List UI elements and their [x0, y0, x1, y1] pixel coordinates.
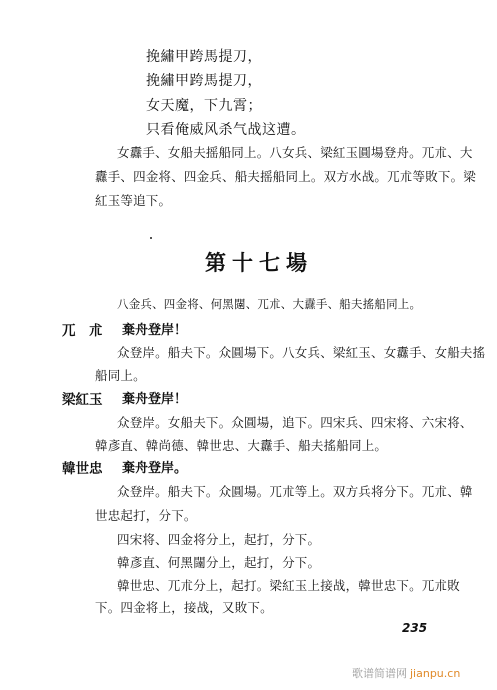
verse-line: 挽繡甲跨馬提刀， [146, 70, 262, 90]
scan-speck [150, 237, 152, 239]
stage-direction: 八金兵、四金将、何黑闥、兀朮、大纛手、船夫搖船同上。 [117, 296, 421, 312]
book-page: 挽繡甲跨馬提刀， 挽繡甲跨馬提刀， 女天魔，下九霄； 只看俺威风杀气战这遭。 女… [0, 0, 497, 690]
stage-direction-line: 韓彥直、韓尚德、韓世忠、大纛手、船夫搖船同上。 [95, 436, 387, 454]
scene-title: 第十七場 [205, 247, 313, 277]
verse-line: 只看俺威风杀气战这遭。 [146, 119, 306, 139]
stage-direction-line: 紅玉等追下。 [95, 191, 171, 209]
stage-direction-line: 世忠起打，分下。 [95, 506, 197, 524]
role-line: 棄舟登岸。 [122, 457, 187, 476]
stage-direction-line: 众登岸。女船夫下。众圓場，追下。四宋兵、四宋将、六宋将、 [117, 413, 473, 431]
watermark: 歌谱简谱网jianpu.cn [352, 665, 460, 681]
stage-direction-line: 韓彥直、何黑闥分上，起打，分下。 [117, 553, 320, 571]
watermark-domain: jianpu.cn [410, 667, 460, 680]
page-number: 235 [402, 621, 427, 635]
stage-direction-line: 众登岸。船夫下。众圓場下。八女兵、梁紅玉、女纛手、女船夫搖 [117, 343, 485, 361]
stage-direction-line: 韓世忠、兀朮分上，起打。梁紅玉上接战，韓世忠下。兀朮敗 [117, 576, 460, 594]
role-line: 棄舟登岸！ [122, 388, 187, 407]
watermark-text: 歌谱简谱网 [352, 667, 407, 680]
stage-direction-line: 众登岸。船夫下。众圓場。兀朮等上。双方兵将分下。兀朮、韓 [117, 482, 473, 500]
role-name: 韓世忠 [62, 457, 103, 477]
verse-line: 女天魔，下九霄； [146, 95, 262, 115]
stage-direction-line: 下。四金将上，接战，又敗下。 [95, 598, 273, 616]
stage-direction-line: 四宋将、四金将分上，起打，分下。 [117, 530, 320, 548]
role-line: 棄舟登岸！ [122, 319, 187, 338]
stage-direction-line: 女纛手、女船夫摇船同上。八女兵、梁紅玉圓場登舟。兀朮、大 [117, 143, 473, 161]
stage-direction-line: 船同上。 [95, 366, 146, 384]
stage-direction-line: 纛手、四金将、四金兵、船夫摇船同上。双方水战。兀朮等敗下。梁 [95, 167, 476, 185]
verse-line: 挽繡甲跨馬提刀， [146, 46, 262, 66]
role-name: 兀 朮 [62, 319, 103, 339]
role-name: 梁紅玉 [62, 388, 103, 408]
